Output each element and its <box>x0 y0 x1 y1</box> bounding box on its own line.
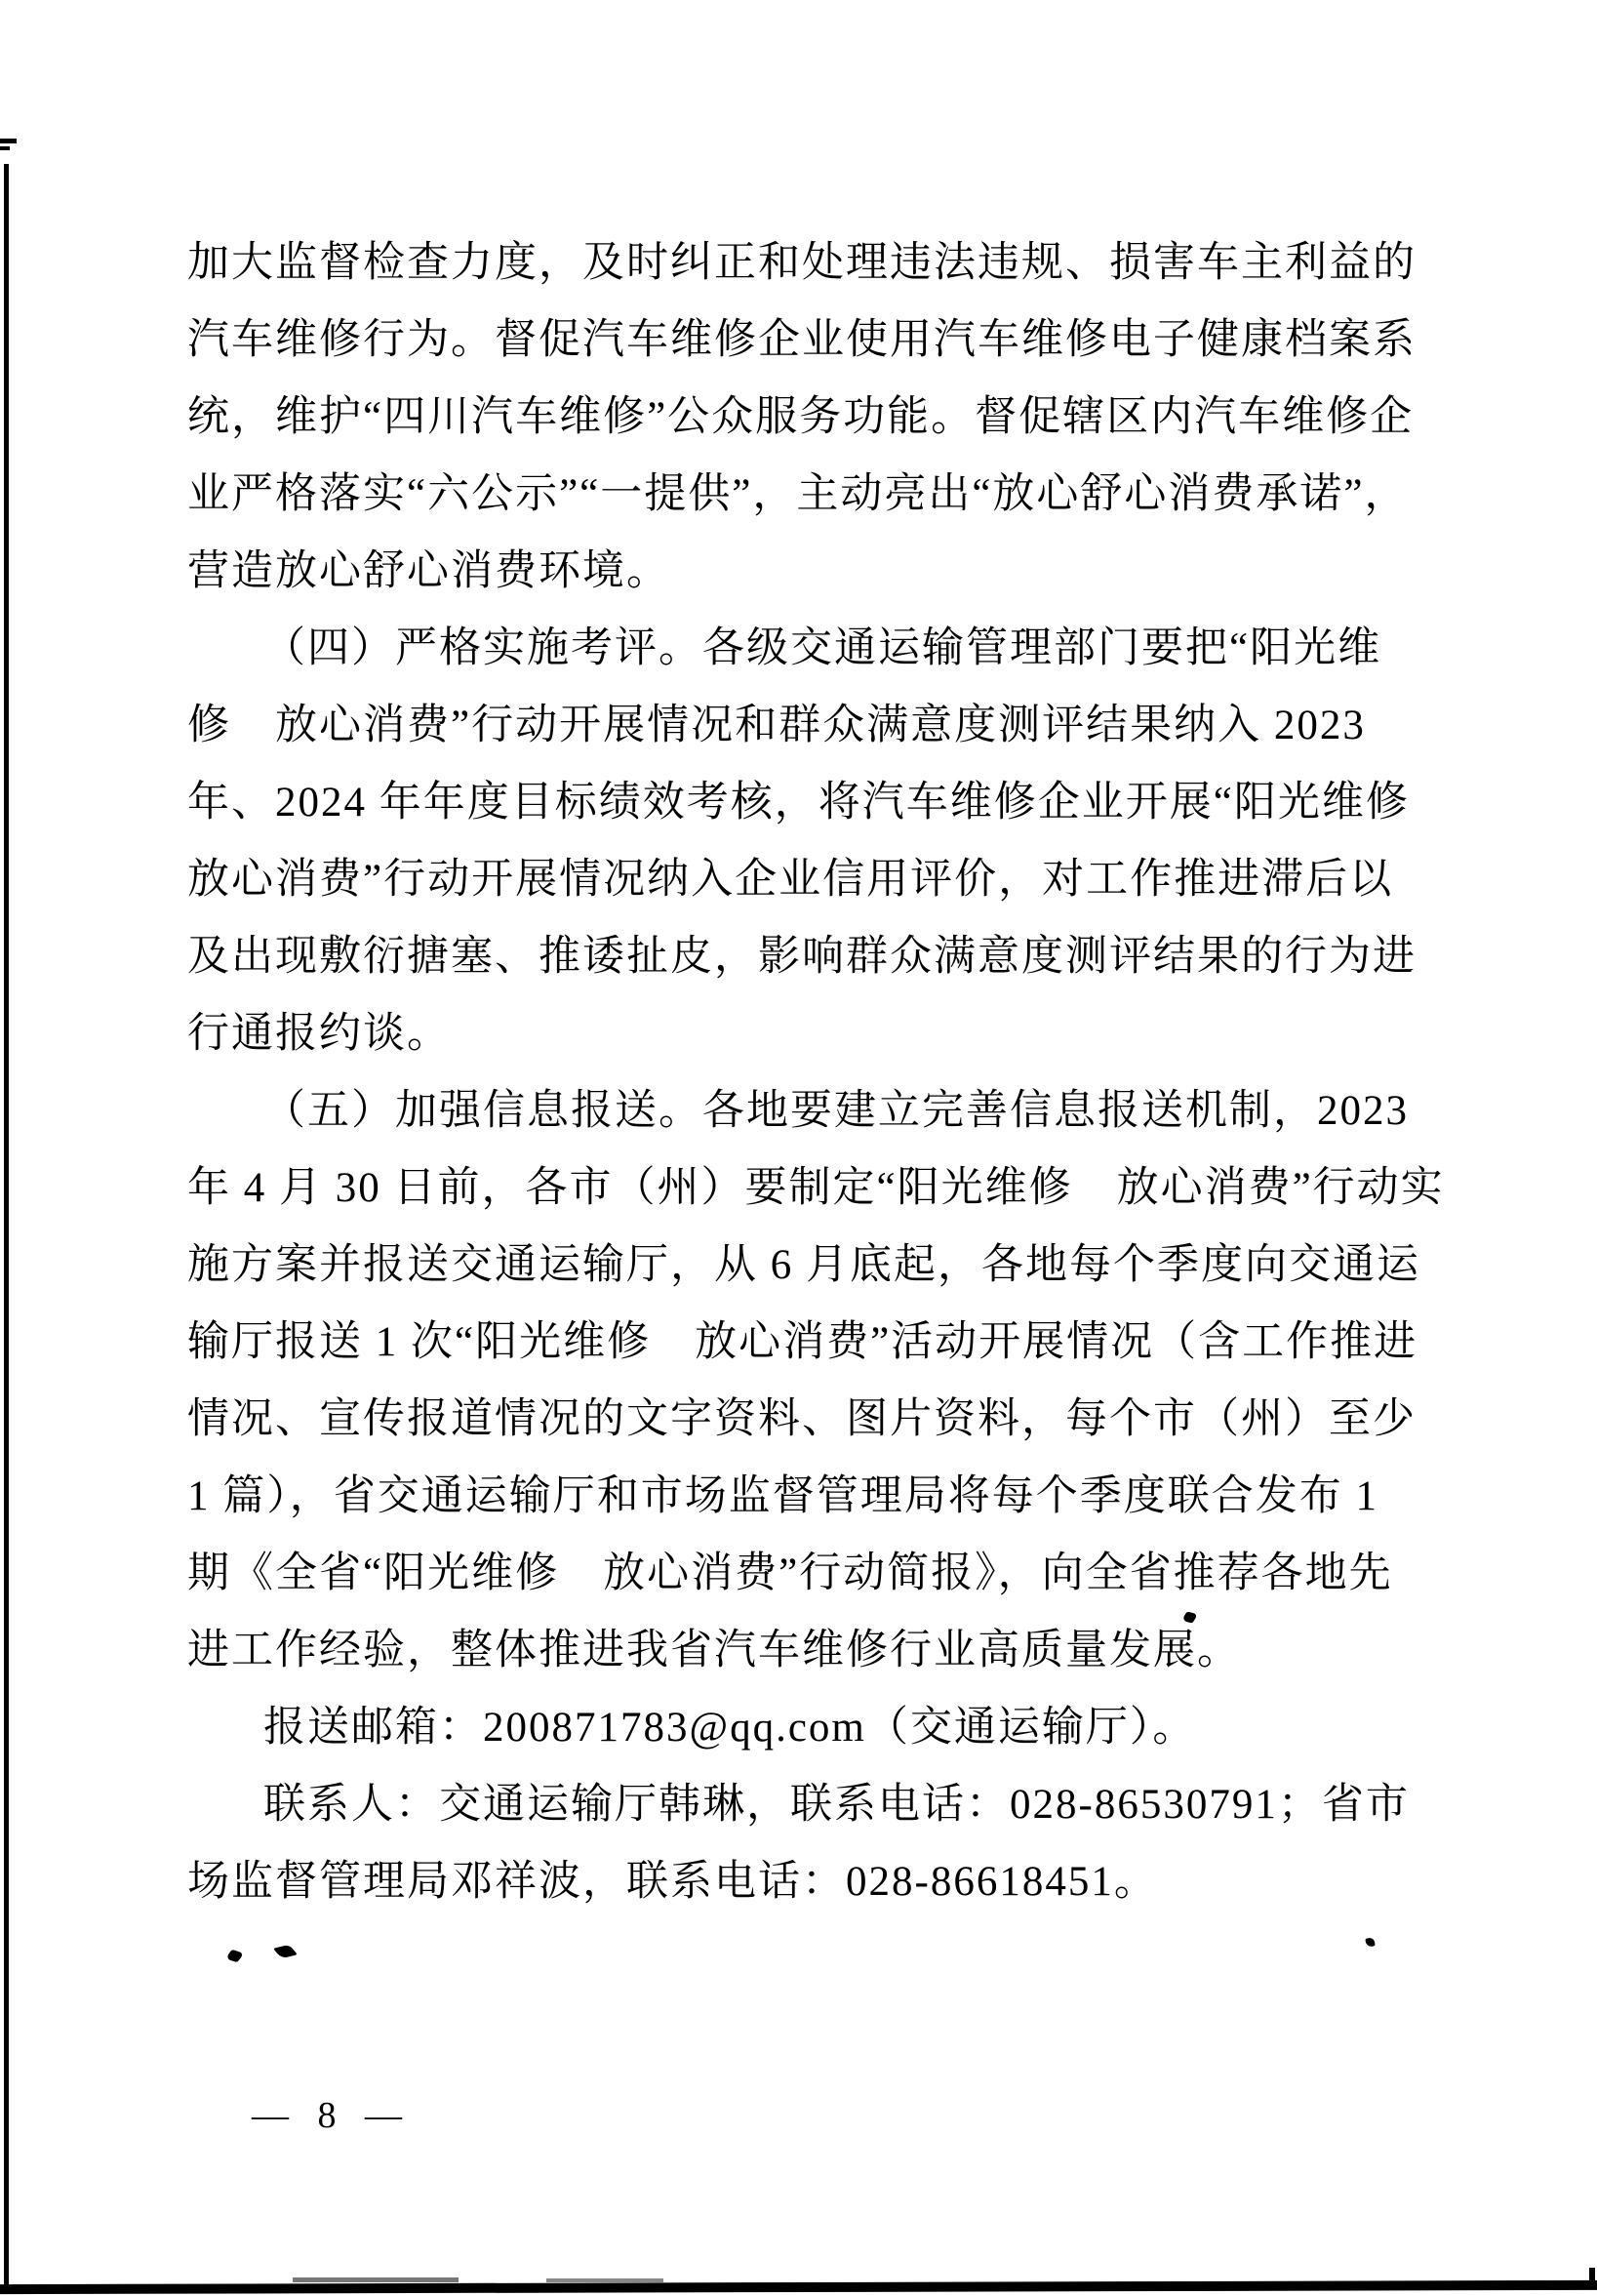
text-line: 修 放心消费”行动开展情况和群众满意度测评结果纳入 2023 <box>187 687 1446 764</box>
scan-noise-speck <box>273 1945 298 1958</box>
document-page: 加大监督检查力度，及时纠正和处理违法违规、损害车主利益的 汽车维修行为。督促汽车… <box>0 0 1597 2296</box>
text-line-paragraph-4-start: （四）严格实施考评。各级交通运输管理部门要把“阳光维 <box>187 610 1446 687</box>
page-number: — 8 — <box>252 2094 412 2137</box>
text-line: 及出现敷衍搪塞、推诿扯皮，影响群众满意度测评结果的行为进 <box>187 918 1446 995</box>
scan-left-edge-tick <box>0 146 10 150</box>
text-line: 营造放心舒心消费环境。 <box>187 533 1446 610</box>
text-line: 输厅报送 1 次“阳光维修 放心消费”活动开展情况（含工作推进 <box>187 1304 1446 1381</box>
text-line: 进工作经验，整体推进我省汽车维修行业高质量发展。 <box>187 1612 1446 1689</box>
text-line: 业严格落实“六公示”“一提供”，主动亮出“放心舒心消费承诺”， <box>187 456 1446 533</box>
text-line: 放心消费”行动开展情况纳入企业信用评价，对工作推进滞后以 <box>187 841 1446 918</box>
text-line-paragraph-5-start: （五）加强信息报送。各地要建立完善信息报送机制，2023 <box>187 1072 1446 1149</box>
scan-left-edge-line <box>4 164 9 2291</box>
text-line: 施方案并报送交通运输厅，从 6 月底起，各地每个季度向交通运 <box>187 1227 1446 1304</box>
text-line: 场监督管理局邓祥波，联系电话：028-86618451。 <box>187 1843 1446 1920</box>
scan-bottom-edge-tick <box>1589 2268 1595 2285</box>
text-line: 情况、宣传报道情况的文字资料、图片资料，每个市（州）至少 <box>187 1381 1446 1458</box>
text-line: 1 篇），省交通运输厅和市场监督管理局将每个季度联合发布 1 <box>187 1458 1446 1535</box>
text-line-contact-person: 联系人：交通运输厅韩琳，联系电话：028-86530791；省市 <box>187 1766 1446 1843</box>
scan-noise-speck <box>225 1950 245 1962</box>
text-line: 统，维护“四川汽车维修”公众服务功能。督促辖区内汽车维修企 <box>187 379 1446 456</box>
text-line: 年 4 月 30 日前，各市（州）要制定“阳光维修 放心消费”行动实 <box>187 1149 1446 1227</box>
scan-noise-speck <box>1365 1937 1375 1947</box>
scan-left-edge-tick <box>0 139 17 143</box>
document-body: 加大监督检查力度，及时纠正和处理违法违规、损害车主利益的 汽车维修行为。督促汽车… <box>187 224 1446 1920</box>
text-line: 汽车维修行为。督促汽车维修企业使用汽车维修电子健康档案系 <box>187 302 1446 379</box>
scan-smudge <box>293 2277 459 2282</box>
scan-bottom-edge-line <box>0 2280 1597 2294</box>
text-line-report-email: 报送邮箱：200871783@qq.com（交通运输厅）。 <box>187 1689 1446 1766</box>
text-line: 加大监督检查力度，及时纠正和处理违法违规、损害车主利益的 <box>187 224 1446 302</box>
text-line: 行通报约谈。 <box>187 995 1446 1072</box>
text-line: 期《全省“阳光维修 放心消费”行动简报》，向全省推荐各地先 <box>187 1535 1446 1612</box>
scan-smudge <box>546 2278 663 2282</box>
text-line: 年、2024 年年度目标绩效考核，将汽车维修企业开展“阳光维修 <box>187 764 1446 841</box>
